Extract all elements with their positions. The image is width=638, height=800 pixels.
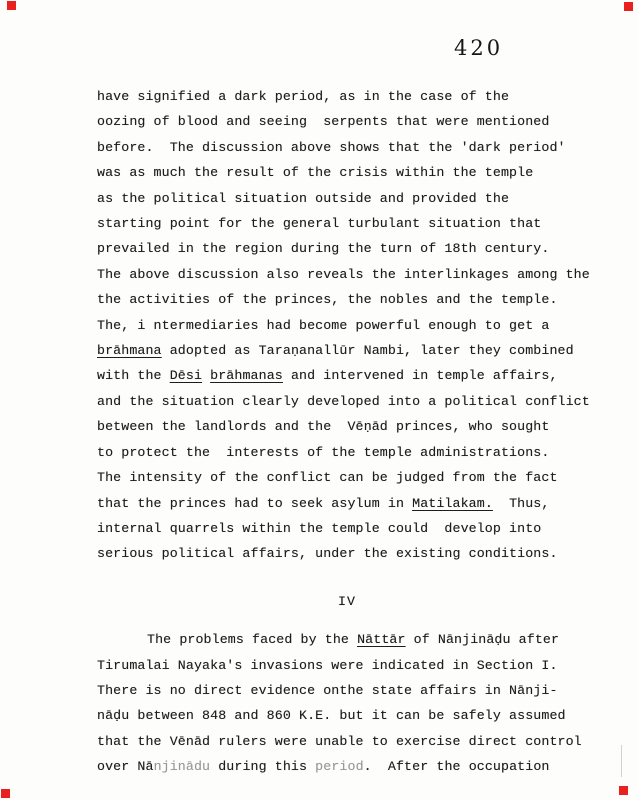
document-body: have signified a dark period, as in the … [97,84,597,780]
underlined-term: Matilakam. [412,496,493,511]
text-line: between the landlords and the Vēṇād prin… [97,414,597,439]
text-segment: with the [97,368,170,383]
text-segment: during this [210,759,315,774]
text-line: serious political affairs, under the exi… [97,541,597,566]
text-line: There is no direct evidence onthe state … [97,678,597,703]
section-heading: IV [97,589,597,614]
text-segment: between the landlords and the Vēṇād prin… [97,419,549,434]
text-segment: adopted as Taraṇanallūr Nambi, later the… [162,343,574,358]
text-segment: The intensity of the conflict can be jud… [97,470,558,485]
text-line: The, i ntermediaries had become powerful… [97,313,597,338]
text-segment: oozing of blood and seeing serpents that… [97,114,549,129]
text-segment: nāḍu between 848 and 860 K.E. but it can… [97,708,566,723]
text-segment: that the princes had to seek asylum in [97,496,412,511]
text-line: Tirumalai Nayaka's invasions were indica… [97,653,597,678]
text-line: was as much the result of the crisis wit… [97,160,597,185]
text-segment: over Nā [97,759,154,774]
text-line: The problems faced by the Nāttār of Nānj… [97,627,597,652]
text-line: starting point for the general turbulant… [97,211,597,236]
text-line: brāhmana adopted as Taraṇanallūr Nambi, … [97,338,597,363]
text-line: prevailed in the region during the turn … [97,236,597,261]
text-segment: that the Vēnād rulers were unable to exe… [97,734,582,749]
text-segment: The, i ntermediaries had become powerful… [97,318,549,333]
text-line: that the princes had to seek asylum in M… [97,491,597,516]
text-segment: have signified a dark period, as in the … [97,89,509,104]
text-segment: and the situation clearly developed into… [97,394,590,409]
text-segment: The problems faced by the [147,632,357,647]
text-segment: before. The discussion above shows that … [97,140,566,155]
text-line: nāḍu between 848 and 860 K.E. but it can… [97,703,597,728]
text-segment: The above discussion also reveals the in… [97,267,590,282]
text-line: to protect the interests of the temple a… [97,440,597,465]
text-segment: . After the occupation [364,759,550,774]
corner-registration-mark-top-left [7,1,16,10]
text-segment [202,368,210,383]
text-segment: as the political situation outside and p… [97,191,509,206]
text-segment: Thus, [493,496,550,511]
text-segment: and intervened in temple affairs, [283,368,558,383]
text-segment: njinādu [154,759,211,774]
scanned-document-page: 420 have signified a dark period, as in … [0,0,638,800]
text-segment: of Nānjināḍu after [406,632,560,647]
underlined-term: Nāttār [357,632,405,647]
text-segment: There is no direct evidence onthe state … [97,683,558,698]
text-line: before. The discussion above shows that … [97,135,597,160]
scan-artifact-line [621,745,622,777]
text-segment: serious political affairs, under the exi… [97,546,558,561]
text-segment: starting point for the general turbulant… [97,216,541,231]
text-segment: was as much the result of the crisis wit… [97,165,533,180]
text-segment: prevailed in the region during the turn … [97,241,549,256]
text-line: oozing of blood and seeing serpents that… [97,109,597,134]
text-line: The above discussion also reveals the in… [97,262,597,287]
corner-registration-mark-bottom-left [1,789,10,798]
text-line: as the political situation outside and p… [97,186,597,211]
underlined-term: brāhmanas [210,368,283,383]
text-line: internal quarrels within the temple coul… [97,516,597,541]
text-line: The intensity of the conflict can be jud… [97,465,597,490]
text-segment: the activities of the princes, the noble… [97,292,558,307]
text-line: over Nānjinādu during this period. After… [97,754,597,779]
corner-registration-mark-bottom-right [619,786,628,795]
corner-registration-mark-top-right [624,2,633,11]
text-line: that the Vēnād rulers were unable to exe… [97,729,597,754]
text-line: the activities of the princes, the noble… [97,287,597,312]
text-line: with the Dēsi brāhmanas and intervened i… [97,363,597,388]
text-segment: Tirumalai Nayaka's invasions were indica… [97,658,558,673]
underlined-term: Dēsi [170,368,202,383]
text-segment: internal quarrels within the temple coul… [97,521,541,536]
underlined-term: brāhmana [97,343,162,358]
text-line: and the situation clearly developed into… [97,389,597,414]
text-segment: period [315,759,363,774]
text-line: have signified a dark period, as in the … [97,84,597,109]
text-segment: to protect the interests of the temple a… [97,445,549,460]
page-number: 420 [454,36,503,60]
